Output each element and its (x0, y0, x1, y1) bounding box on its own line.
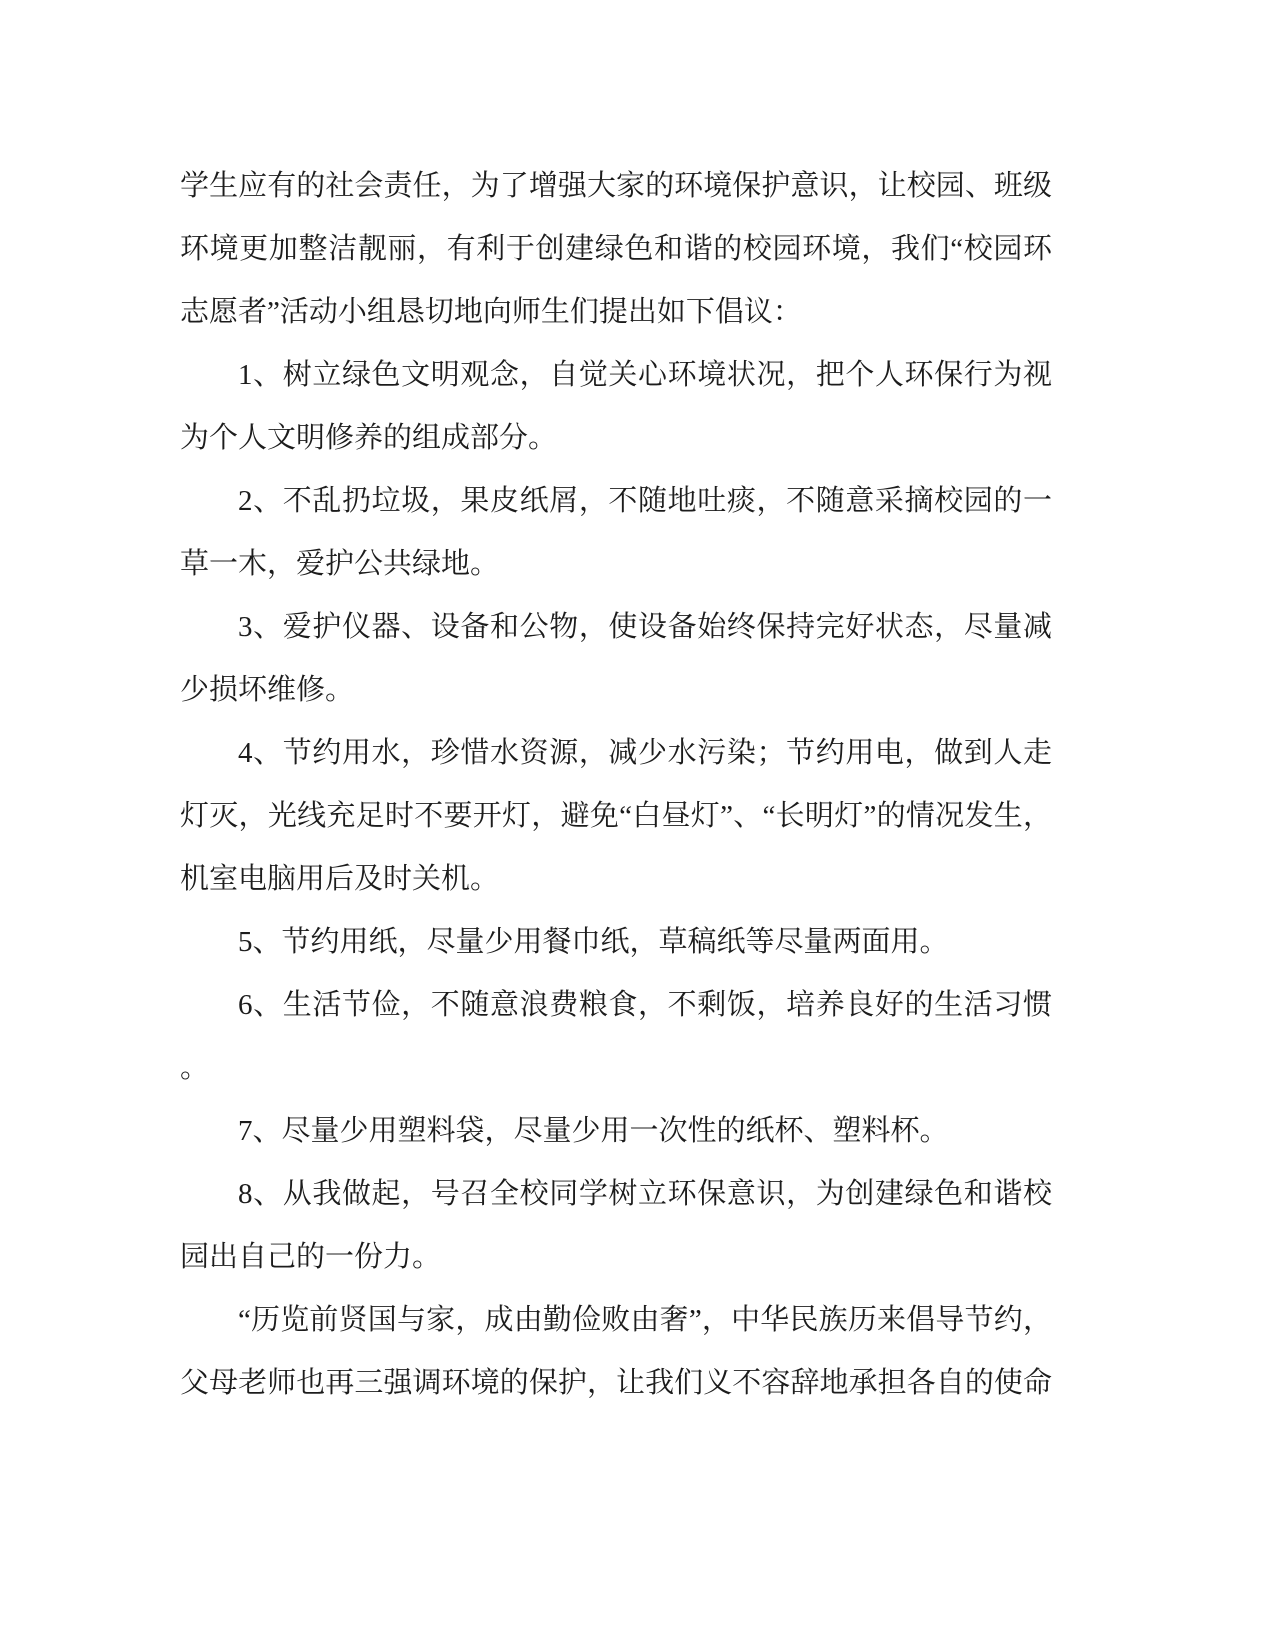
text-line: 学生应有的社会责任，为了增强大家的环境保护意识，让校园、班级 (180, 155, 1052, 218)
text-line: 3、爱护仪器、设备和公物，使设备始终保持完好状态，尽量减 (180, 596, 1052, 659)
document-body: 学生应有的社会责任，为了增强大家的环境保护意识，让校园、班级 环境更加整洁靓丽，… (180, 0, 1052, 1415)
text-line: 8、从我做起，号召全校同学树立环保意识，为创建绿色和谐校 (180, 1163, 1052, 1226)
text-line: 4、节约用水，珍惜水资源，减少水污染；节约用电，做到人走 (180, 722, 1052, 785)
text-line: 2、不乱扔垃圾，果皮纸屑，不随地吐痰，不随意采摘校园的一 (180, 470, 1052, 533)
text-line: 少损坏维修。 (180, 659, 1052, 722)
text-line: 。 (180, 1037, 1052, 1100)
text-line: 志愿者”活动小组恳切地向师生们提出如下倡议： (180, 281, 1052, 344)
text-line: 5、节约用纸，尽量少用餐巾纸，草稿纸等尽量两面用。 (180, 911, 1052, 974)
text-line: 父母老师也再三强调环境的保护，让我们义不容辞地承担各自的使命 (180, 1352, 1052, 1415)
text-line: 灯灭，光线充足时不要开灯，避免“白昼灯”、“长明灯”的情况发生，微 (180, 785, 1052, 848)
text-line: 为个人文明修养的组成部分。 (180, 407, 1052, 470)
document-page: 学生应有的社会责任，为了增强大家的环境保护意识，让校园、班级 环境更加整洁靓丽，… (0, 0, 1275, 1650)
text-line: 园出自己的一份力。 (180, 1226, 1052, 1289)
text-line: 6、生活节俭，不随意浪费粮食，不剩饭，培养良好的生活习惯 (180, 974, 1052, 1037)
text-line: 机室电脑用后及时关机。 (180, 848, 1052, 911)
text-line: 草一木，爱护公共绿地。 (180, 533, 1052, 596)
text-line: 1、树立绿色文明观念，自觉关心环境状况，把个人环保行为视 (180, 344, 1052, 407)
text-line: 7、尽量少用塑料袋，尽量少用一次性的纸杯、塑料杯。 (180, 1100, 1052, 1163)
text-line: 环境更加整洁靓丽，有利于创建绿色和谐的校园环境，我们“校园环保 (180, 218, 1052, 281)
text-line: “历览前贤国与家，成由勤俭败由奢”，中华民族历来倡导节约， (180, 1289, 1052, 1352)
